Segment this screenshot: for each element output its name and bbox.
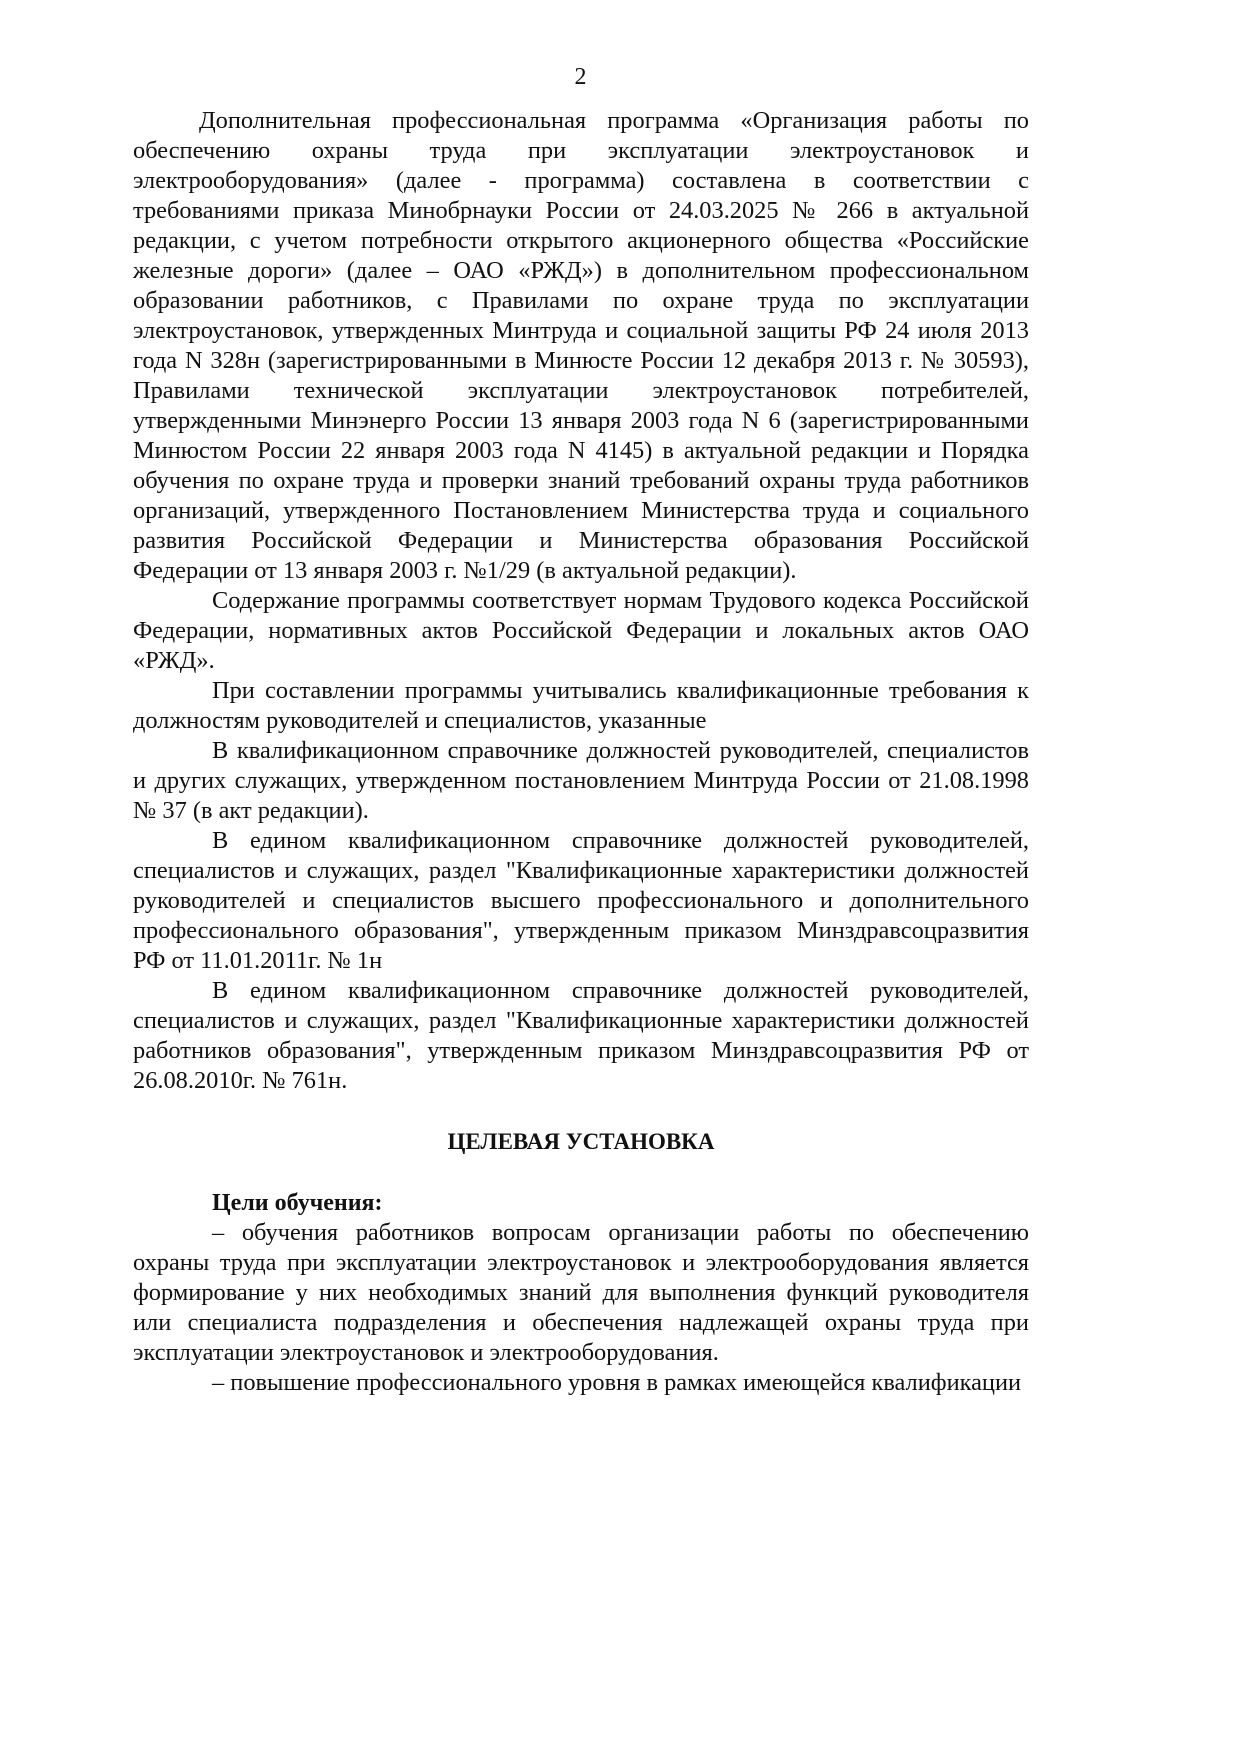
document-body: Дополнительная профессиональная программ…: [133, 106, 1029, 1398]
qualification-reference-2011-paragraph: В едином квалификационном справочнике до…: [133, 826, 1029, 976]
page-number: 2: [0, 62, 1161, 92]
qualification-requirements-paragraph: При составлении программы учитывались кв…: [133, 676, 1029, 736]
section-heading: ЦЕЛЕВАЯ УСТАНОВКА: [133, 1127, 1029, 1157]
qualification-reference-1998-paragraph: В квалификационном справочнике должносте…: [133, 736, 1029, 826]
content-compliance-paragraph: Содержание программы соответствует норма…: [133, 586, 1029, 676]
qualification-reference-2010-paragraph: В едином квалификационном справочнике до…: [133, 976, 1029, 1096]
goals-heading: Цели обучения:: [133, 1188, 1029, 1218]
intro-paragraph: Дополнительная профессиональная программ…: [133, 106, 1029, 586]
goal-item: – повышение профессионального уровня в р…: [133, 1368, 1029, 1398]
goal-item: – обучения работников вопросам организац…: [133, 1218, 1029, 1368]
